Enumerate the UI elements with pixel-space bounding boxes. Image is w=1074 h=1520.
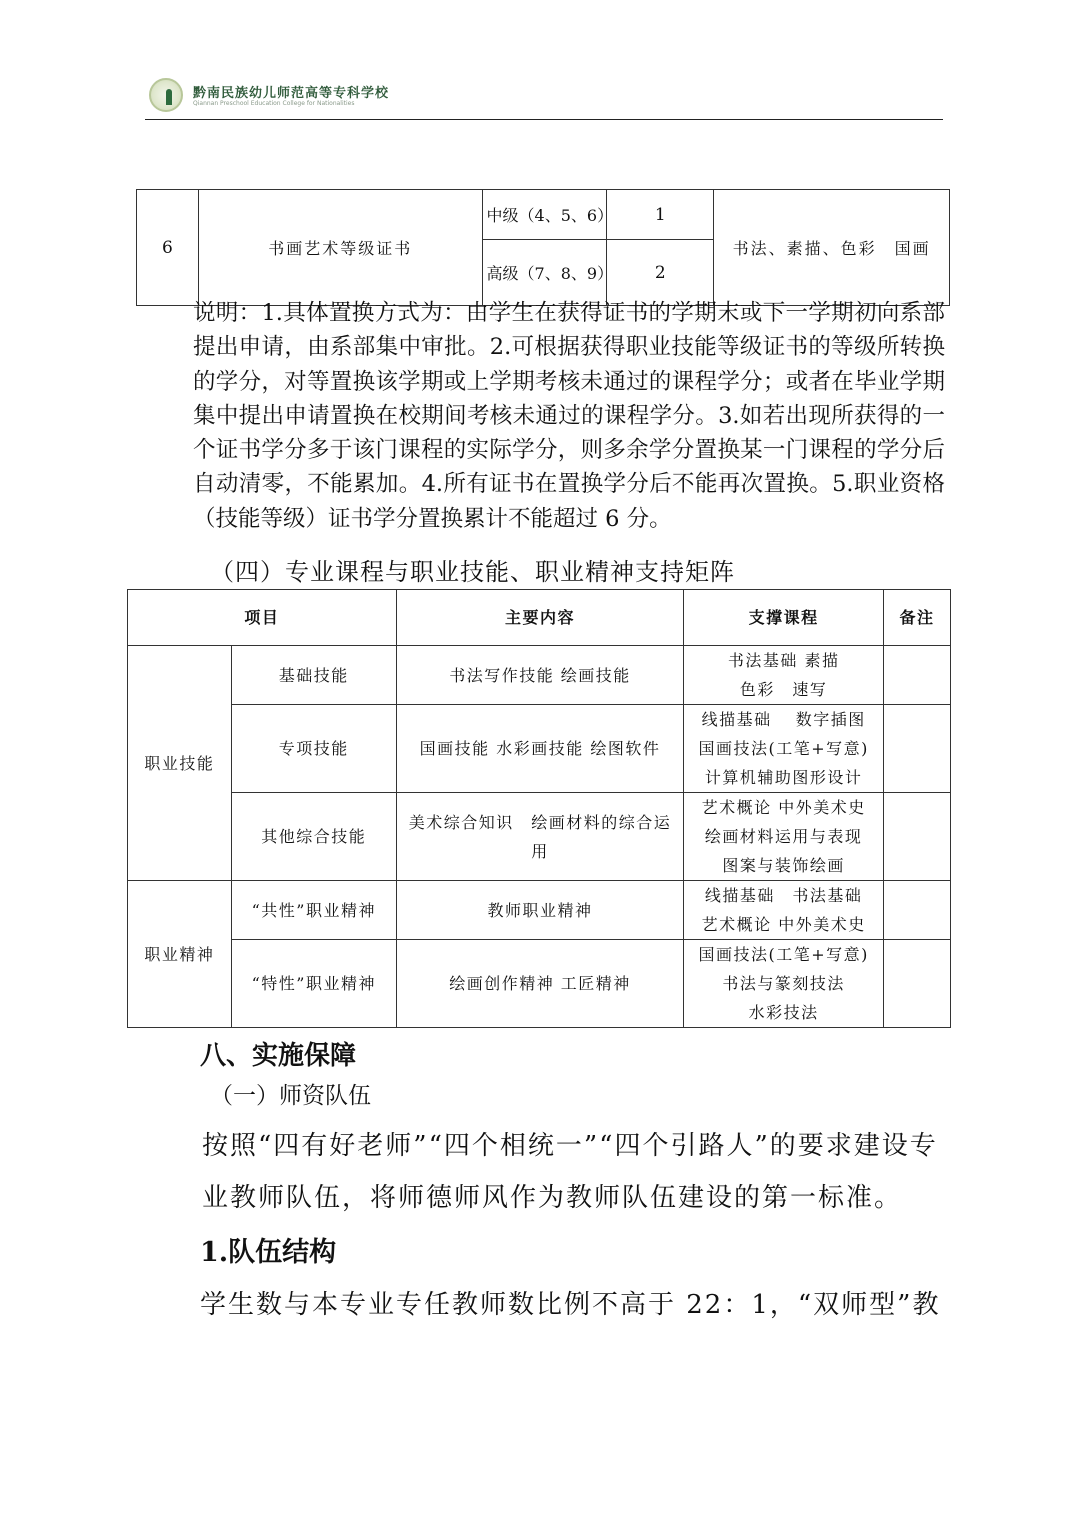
- courses-cell: 线描基础 数字插图 国画技法(工笔+写意) 计算机辅助图形设计: [684, 705, 884, 793]
- table-row: “特性”职业精神 绘画创作精神 工匠精神 国画技法(工笔+写意) 书法与篆刻技法…: [128, 940, 951, 1028]
- courses-cell: 国画技法(工笔+写意) 书法与篆刻技法 水彩技法: [684, 940, 884, 1028]
- table-row: 职业精神 “共性”职业精神 教师职业精神 线描基础 书法基础 艺术概论 中外美术…: [128, 881, 951, 940]
- support-matrix-table: 项目 主要内容 支撑课程 备注 职业技能 基础技能 书法写作技能 绘画技能 书法…: [127, 589, 951, 1028]
- chapter-heading: 八、实施保障: [200, 1035, 356, 1072]
- table-row: 专项技能 国画技能 水彩画技能 绘图软件 线描基础 数字插图 国画技法(工笔+写…: [128, 705, 951, 793]
- category-cell: 职业技能: [128, 646, 232, 881]
- school-name-en: Qiannan Preschool Education College for …: [193, 100, 354, 107]
- page-header: 黔南民族幼儿师范高等专科学校 Qiannan Preschool Educati…: [145, 76, 945, 122]
- table-header-row: 项目 主要内容 支撑课程 备注: [128, 590, 951, 646]
- content-cell: 书法写作技能 绘画技能: [396, 646, 684, 705]
- item-cell: 基础技能: [231, 646, 396, 705]
- note-paragraph: 说明：1.具体置换方式为：由学生在获得证书的学期末或下一学期初向系部提出申请，由…: [145, 296, 945, 536]
- category-cell: 职业精神: [128, 881, 232, 1028]
- item-cell: 专项技能: [231, 705, 396, 793]
- level-cell: 中级（4、5、6）: [482, 190, 607, 240]
- remark-cell: [884, 705, 951, 793]
- item-cell: 其他综合技能: [231, 793, 396, 881]
- structure-heading: 1.队伍结构: [200, 1230, 336, 1269]
- header-courses: 支撑课程: [684, 590, 884, 646]
- remark-cell: [884, 793, 951, 881]
- row-index: 6: [137, 190, 199, 306]
- remark-cell: [884, 646, 951, 705]
- structure-paragraph: 学生数与本专业专任教师数比例不高于 22：1，“双师型”教: [200, 1284, 950, 1321]
- item-cell: “特性”职业精神: [231, 940, 396, 1028]
- school-emblem-icon: [149, 78, 183, 112]
- remark-cell: [884, 940, 951, 1028]
- header-divider: [145, 119, 943, 120]
- certificate-name: 书画艺术等级证书: [198, 190, 482, 306]
- note-text: 说明：1.具体置换方式为：由学生在获得证书的学期末或下一学期初向系部提出申请，由…: [145, 296, 945, 536]
- table-row: 6 书画艺术等级证书 中级（4、5、6） 1 书法、素描、色彩 国画: [137, 190, 950, 240]
- header-remark: 备注: [884, 590, 951, 646]
- content-cell: 美术综合知识 绘画材料的综合运用: [396, 793, 684, 881]
- remark-cell: [884, 881, 951, 940]
- certificate-table: 6 书画艺术等级证书 中级（4、5、6） 1 书法、素描、色彩 国画 高级（7、…: [136, 189, 950, 306]
- header-item: 项目: [128, 590, 397, 646]
- courses-cell: 线描基础 书法基础 艺术概论 中外美术史: [684, 881, 884, 940]
- item-cell: “共性”职业精神: [231, 881, 396, 940]
- table-row: 职业技能 基础技能 书法写作技能 绘画技能 书法基础 素描 色彩 速写: [128, 646, 951, 705]
- tree-icon: [166, 89, 172, 105]
- section-heading: （四）专业课程与职业技能、职业精神支持矩阵: [210, 552, 735, 587]
- courses-cell: 书法、素描、色彩 国画: [714, 190, 950, 306]
- credits-cell: 1: [607, 190, 714, 240]
- school-name-cn: 黔南民族幼儿师范高等专科学校: [193, 82, 389, 101]
- header-content: 主要内容: [396, 590, 684, 646]
- content-cell: 教师职业精神: [396, 881, 684, 940]
- faculty-paragraph: 按照“四有好老师”“四个相统一”“四个引路人”的要求建设专业教师队伍，将师德师风…: [145, 1120, 945, 1224]
- content-cell: 绘画创作精神 工匠精神: [396, 940, 684, 1028]
- table-row: 其他综合技能 美术综合知识 绘画材料的综合运用 艺术概论 中外美术史 绘画材料运…: [128, 793, 951, 881]
- subsection-heading: （一）师资队伍: [210, 1077, 371, 1110]
- faculty-text: 按照“四有好老师”“四个相统一”“四个引路人”的要求建设专业教师队伍，将师德师风…: [145, 1120, 945, 1224]
- courses-cell: 书法基础 素描 色彩 速写: [684, 646, 884, 705]
- content-cell: 国画技能 水彩画技能 绘图软件: [396, 705, 684, 793]
- courses-cell: 艺术概论 中外美术史 绘画材料运用与表现 图案与装饰绘画: [684, 793, 884, 881]
